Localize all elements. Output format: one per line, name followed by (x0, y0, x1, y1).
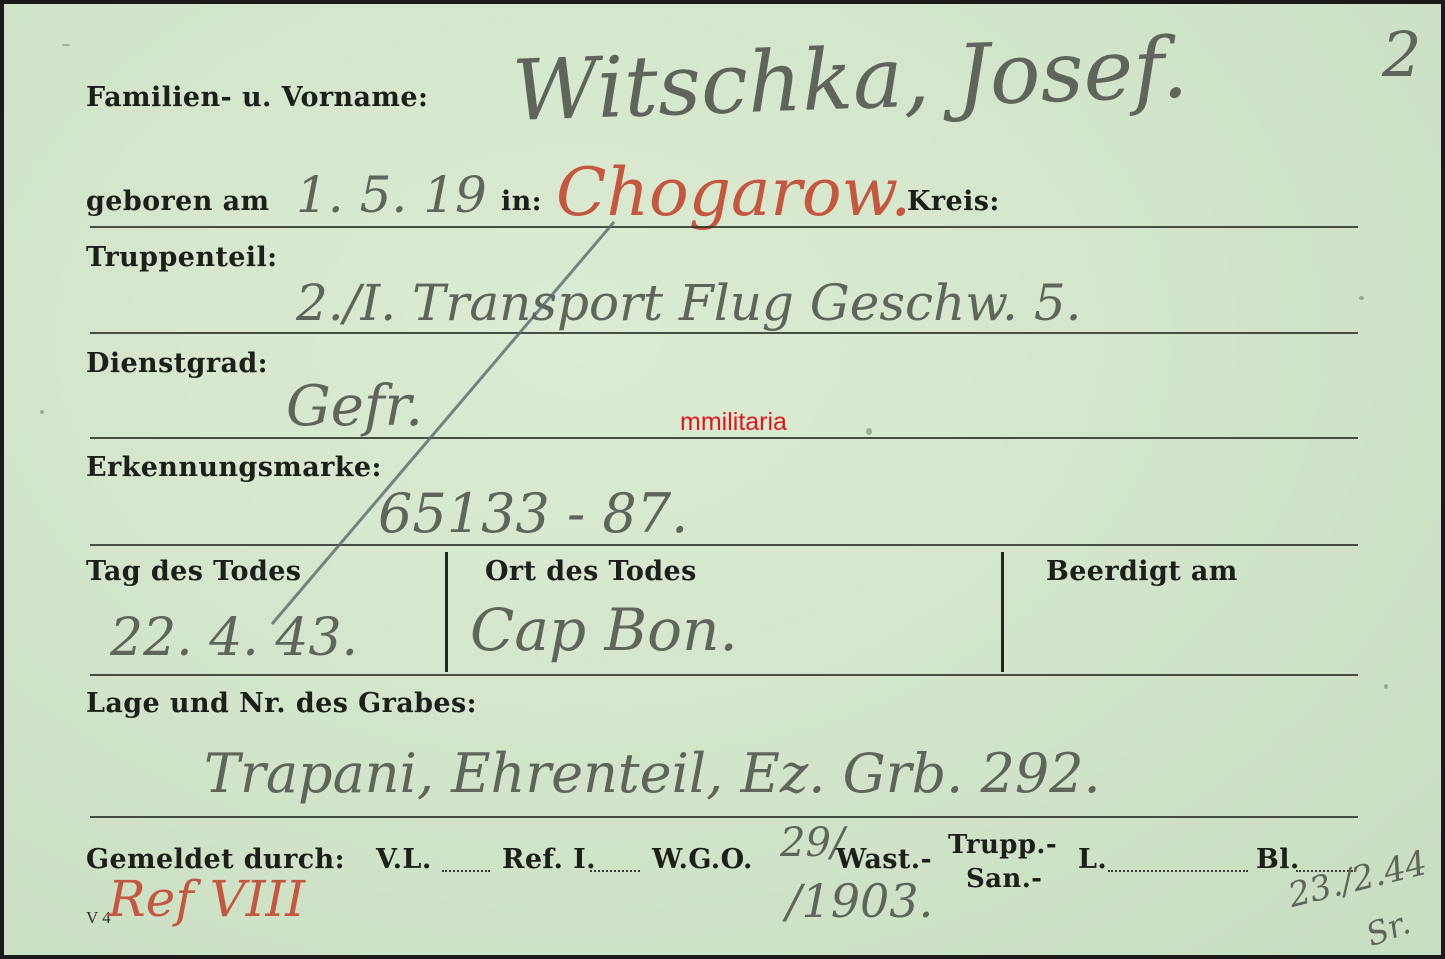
district-label: Kreis: (907, 186, 1000, 217)
reported-ref1-label: Ref. I. (502, 844, 596, 875)
birth-date-value: 1. 5. 19 (296, 166, 487, 224)
birth-place-value: Chogarow. (556, 154, 911, 231)
rank-value: Gefr. (286, 374, 423, 439)
paper-speck (40, 410, 44, 414)
paper-speck (866, 428, 872, 435)
date-note: 23./2.44 (1284, 843, 1431, 916)
death-place-label: Ort des Todes (485, 556, 697, 587)
dotted-blank (590, 870, 640, 872)
name-value: Witschka, Josef. (511, 18, 1190, 140)
grave-label: Lage und Nr. des Grabes: (86, 688, 477, 719)
birth-date-label: geboren am (86, 186, 269, 217)
reported-wgo-value-2: /1903. (786, 874, 933, 928)
red-ref-note: Ref VIII (108, 870, 305, 928)
birth-place-label: in: (501, 186, 542, 217)
unit-label: Truppenteil: (86, 242, 277, 273)
death-date-label: Tag des Todes (86, 556, 301, 587)
reported-l-label: L. (1078, 844, 1107, 875)
reported-wgo-label: W.G.O. (652, 844, 753, 875)
grave-registration-card: 2 Familien- u. Vorname: Witschka, Josef.… (4, 4, 1441, 955)
id-tag-value: 65133 - 87. (378, 482, 688, 545)
rank-label: Dienstgrad: (86, 348, 268, 379)
divider (90, 544, 1358, 546)
reported-vl-label: V.L. (376, 844, 432, 875)
paper-speck (1359, 296, 1364, 300)
divider (90, 816, 1358, 818)
reported-wgo-value: 29/ (780, 820, 844, 866)
divider (90, 332, 1358, 334)
dotted-blank (442, 870, 490, 872)
burial-date-label: Beerdigt am (1046, 556, 1238, 587)
dotted-blank (1108, 870, 1248, 872)
divider (90, 437, 1358, 439)
reported-san-label: San.- (966, 864, 1042, 894)
reported-wast-label: Wast.- (836, 844, 932, 875)
death-date-value: 22. 4. 43. (110, 608, 358, 668)
reported-trupp-label: Trupp.- (948, 830, 1057, 860)
divider (90, 674, 1358, 676)
initials: Sr. (1361, 903, 1415, 954)
id-tag-label: Erkennungsmarke: (86, 452, 382, 483)
unit-value: 2./I. Transport Flug Geschw. 5. (296, 274, 1082, 332)
watermark: mmilitaria (680, 408, 787, 437)
paper-speck (1384, 684, 1388, 689)
paper-speck (62, 44, 70, 46)
column-divider (1001, 552, 1004, 672)
reported-bl-label: Bl. (1256, 844, 1300, 875)
divider (90, 226, 1358, 228)
name-label: Familien- u. Vorname: (86, 82, 428, 113)
grave-value: Trapani, Ehrenteil, Ez. Grb. 292. (204, 742, 1101, 805)
death-place-value: Cap Bon. (470, 596, 738, 664)
corner-number: 2 (1382, 18, 1421, 91)
column-divider (445, 552, 448, 672)
